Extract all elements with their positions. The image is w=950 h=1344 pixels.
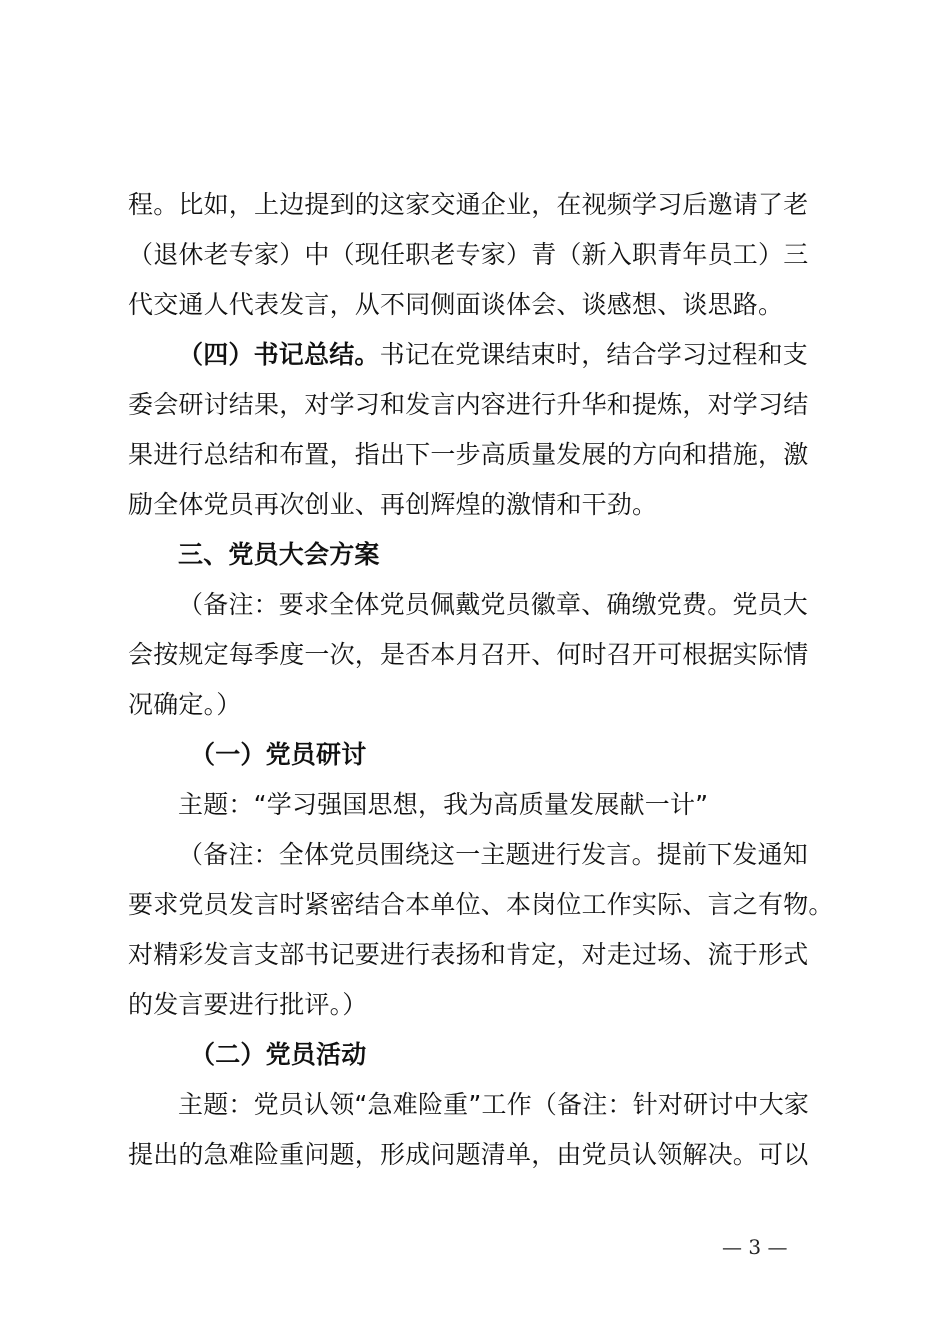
- paragraph-line: 对精彩发言支部书记要进行表扬和肯定，对走过场、流于形式: [128, 930, 838, 980]
- paragraph-line: 果进行总结和布置，指出下一步高质量发展的方向和措施，激: [128, 430, 838, 480]
- paragraph-line: 励全体党员再次创业、再创辉煌的激情和干劲。: [128, 480, 838, 530]
- paragraph-line: （备注：要求全体党员佩戴党员徽章、确缴党费。党员大: [128, 580, 838, 630]
- paragraph-line-with-heading: （四）书记总结。书记在党课结束时，结合学习过程和支: [128, 330, 838, 380]
- paragraph-text: 书记在党课结束时，结合学习过程和支: [380, 340, 808, 369]
- inline-subheading: （四）书记总结。: [178, 340, 380, 369]
- subsection-heading: （一）党员研讨: [128, 730, 838, 780]
- paragraph-line: （备注：全体党员围绕这一主题进行发言。提前下发通知: [128, 830, 838, 880]
- document-page: 程。比如，上边提到的这家交通企业，在视频学习后邀请了老 （退休老专家）中（现任职…: [128, 180, 838, 1180]
- paragraph-line: 程。比如，上边提到的这家交通企业，在视频学习后邀请了老: [128, 180, 838, 230]
- paragraph-line: 会按规定每季度一次，是否本月召开、何时召开可根据实际情: [128, 630, 838, 680]
- paragraph-line: 的发言要进行批评。）: [128, 980, 838, 1030]
- paragraph-line: 提出的急难险重问题，形成问题清单，由党员认领解决。可以: [128, 1130, 838, 1180]
- paragraph-line: 主题：党员认领“急难险重”工作（备注：针对研讨中大家: [128, 1080, 838, 1130]
- section-heading: 三、党员大会方案: [128, 530, 838, 580]
- paragraph-line: 代交通人代表发言，从不同侧面谈体会、谈感想、谈思路。: [128, 280, 838, 330]
- paragraph-line: 主题：“学习强国思想，我为高质量发展献一计”: [128, 780, 838, 830]
- subsection-heading: （二）党员活动: [128, 1030, 838, 1080]
- paragraph-line: 要求党员发言时紧密结合本单位、本岗位工作实际、言之有物。: [128, 880, 838, 930]
- paragraph-line: 况确定。）: [128, 680, 838, 730]
- paragraph-line: （退休老专家）中（现任职老专家）青（新入职青年员工）三: [128, 230, 838, 280]
- page-number: — 3 —: [722, 1235, 787, 1259]
- paragraph-line: 委会研讨结果，对学习和发言内容进行升华和提炼，对学习结: [128, 380, 838, 430]
